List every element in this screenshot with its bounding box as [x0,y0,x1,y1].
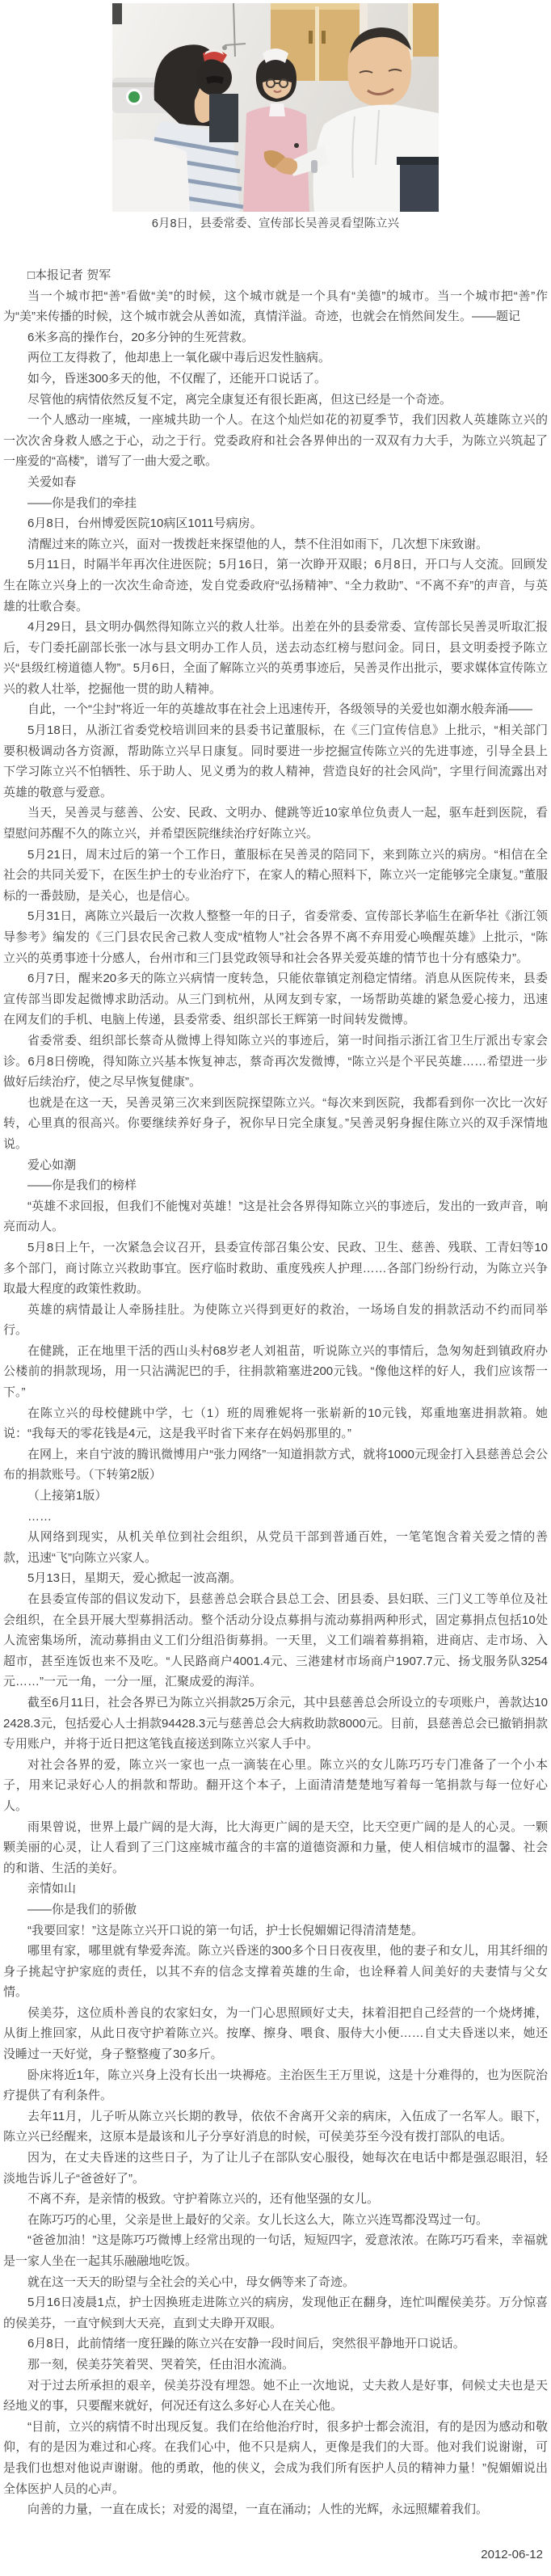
article-paragraph: 不离不弃，是亲情的极致。守护着陈立兴的，还有他坚强的女儿。 [3,2189,548,2210]
article-page: 6月8日，县委常委、宣传部长吴善灵看望陈立兴 □本报记者 贺军 当一个城市把“善… [0,0,551,2576]
article-paragraph: 6月8日，台州博爱医院10病区1011号病房。 [3,513,548,534]
article-paragraph: 6米多高的操作台，20多分钟的生死营救。 [3,327,548,348]
article-paragraph: 英雄的病情最让人牵肠挂肚。为使陈立兴得到更好的救治，一场场自发的捐款活动不约而同… [3,1300,548,1341]
article-paragraph: “目前，立兴的病情不时出现反复。我们在给他治疗时，很多护士都会流泪，有的是因为感… [3,2417,548,2499]
article-paragraph: 去年11月，儿子听从陈立兴长期的教导，依依不舍离开父亲的病床，入伍成了一名军人。… [3,2106,548,2148]
article-paragraph: 雨果曾说，世界上最广阔的是大海，比大海更广阔的是天空，比天空更广阔的是人的心灵。… [3,1817,548,1879]
article-paragraph: 5月16日凌晨1点，护士因换班走进陈立兴的病房，发现他正在翻身，连忙叫醒侯美芬。… [3,2292,548,2334]
article-date: 2012-06-12 [0,2520,551,2576]
article-paragraph: 截至6月11日，社会各界已为陈立兴捐款25万余元，其中县慈善总会所设立的专项账户… [3,1693,548,1755]
article-paragraph: ——你是我们的骄傲 [3,1899,548,1920]
article-paragraph: 5月21日，周末过后的第一个工作日，董服标在吴善灵的陪同下，来到陈立兴的病房。“… [3,845,548,907]
article-paragraph: “爸爸加油！”这是陈巧巧微博上经常出现的一句话，短短四字，爱意浓浓。在陈巧巧看来… [3,2230,548,2271]
article-paragraph: ——你是我们的牵挂 [3,493,548,514]
article-paragraph: 4月29日，县文明办偶然得知陈立兴的救人壮举。出差在外的县委常委、宣传部长吴善灵… [3,617,548,699]
article-paragraph: 5月18日，从浙江省委党校培训回来的县委书记董服标，在《三门宣传信息》上批示，“… [3,720,548,803]
article-paragraph: 当天，吴善灵与慈善、公安、民政、文明办、健跳等近10家单位负责人一起，驱车赶到医… [3,803,548,844]
article-paragraph: 省委常委、组织部长蔡奇从微博上得知陈立兴的事迹后，第一时间指示浙江省卫生厅派出专… [3,1031,548,1093]
article-paragraph: 卧床将近1年，陈立兴身上没有长出一块褥疮。主治医生王万里说，这是十分难得的，也为… [3,2065,548,2106]
article-paragraph: …… [3,1507,548,1528]
article-paragraph: 在网上，来自宁波的腾讯微博用户“张力网络”一知道捐款方式，就将1000元现金打入… [3,1444,548,1486]
article-paragraph: 就在这一天天的盼望与全社会的关心中，母女俩等来了奇迹。 [3,2272,548,2293]
article-paragraph: 在陈巧巧的心里，父亲是世上最好的父亲。女儿长这么大，陈立兴连骂都没骂过一句。 [3,2210,548,2231]
article-paragraph: 在陈立兴的母校健跳中学，七（1）班的周雅妮将一张崭新的10元钱，郑重地塞进捐款箱… [3,1403,548,1444]
article-paragraph: 如今，昏迷300多天的他，不仅醒了，还能开口说话了。 [3,369,548,390]
article-paragraph: 也就是在这一天，吴善灵第三次来到医院探望陈立兴。“每次来到医院，我都看到你一次比… [3,1093,548,1155]
article-paragraph: ——你是我们的榜样 [3,1175,548,1196]
article-paragraph: 清醒过来的陈立兴，面对一拨拨赶来探望他的人，禁不住泪如雨下，几次想下床致谢。 [3,534,548,555]
article-paragraph: 爱心如潮 [3,1155,548,1176]
article-paragraph: 一个人感动一座城，一座城共助一个人。在这个灿烂如花的初夏季节，我们因救人英雄陈立… [3,410,548,472]
article-paragraph: 5月11日，时隔半年再次住进医院；5月16日，第一次睁开双眼；6月8日，开口与人… [3,554,548,617]
article-paragraph: 在县委宣传部的倡议发动下，县慈善总会联合县总工会、团县委、县妇联、三门义工等单位… [3,1589,548,1693]
article-paragraph: 6月7日，醒来20多天的陈立兴病情一度转急，只能依靠镇定剂稳定情绪。消息从医院传… [3,968,548,1031]
article-paragraph: 对社会各界的爱，陈立兴一家也一点一滴装在心里。陈立兴的女儿陈巧巧专门准备了一个小… [3,1755,548,1817]
hospital-photo-illustration [112,3,439,212]
article-paragraph: 从网络到现实，从机关单位到社会组织，从党员干部到普通百姓，一笔笔饱含着关爱之情的… [3,1527,548,1568]
article-paragraph: 关爱如春 [3,472,548,493]
article-paragraph: “我要回家！”这是陈立兴开口说的第一句话，护士长倪媚媚记得清清楚楚。 [3,1920,548,1941]
article-paragraph: 哪里有家，哪里就有挚爱奔流。陈立兴昏迷的300多个日日夜夜里，他的妻子和女儿，用… [3,1941,548,2003]
article-paragraph: （上接第1版） [3,1486,548,1507]
article-paragraph: 在健跳，正在地里干活的西山头村68岁老人刘祖苗，听说陈立兴的事情后，急匆匆赶到镇… [3,1341,548,1403]
article-paragraph: 5月13日，星期天，爱心掀起一波高潮。 [3,1568,548,1589]
article-paragraph: 6月8日，此前情绪一度狂躁的陈立兴在安静一段时间后，突然很平静地开口说话。 [3,2334,548,2355]
article-paragraph: 5月31日，离陈立兴最后一次救人整整一年的日子，省委常委、宣传部长茅临生在新华社… [3,906,548,968]
article-paragraph: 侯美芬，这位质朴善良的农家妇女，为一门心思照顾好丈夫，抹着泪把自己经营的一个烧烤… [3,2003,548,2065]
article-paragraph: 尽管他的病情依然反复不定，离完全康复还有很长距离，但这已经是一个奇迹。 [3,390,548,411]
article-paragraph: 自此，一个“尘封”将近一年的英雄故事在社会上迅速传开，各级领导的关爱也如潮水般奔… [3,699,548,720]
corner-shadow [112,3,122,24]
news-photo: 6月8日，县委常委、宣传部长吴善灵看望陈立兴 [112,3,439,233]
article-paragraph: 向善的力量，一直在成长；对爱的渴望，一直在涌动；人性的光辉，永远照耀着我们。 [3,2499,548,2520]
article-paragraph: 亲情如山 [3,1878,548,1899]
article-paragraph: 那一刻，侯美芬笑着哭、哭着笑，任由泪水流淌。 [3,2355,548,2376]
photo-caption: 6月8日，县委常委、宣传部长吴善灵看望陈立兴 [112,215,439,233]
article-byline: □本报记者 贺军 [3,265,548,286]
article-body: □本报记者 贺军 当一个城市把“善”看做“美”的时候，这个城市就是一个具有“美德… [0,265,551,2520]
article-paragraph: 因为，在丈夫昏迷的这些日子，为了让儿子在部队安心服役，她每次在电话中都是强忍眼泪… [3,2148,548,2189]
article-paragraph: 对于过去所承担的艰辛，侯美芬没有埋怨。她不止一次地说，丈夫救人是好事，伺候丈夫也… [3,2376,548,2417]
article-paragraph: 两位工友得救了，他却患上一氧化碳中毒后迟发性脑病。 [3,348,548,369]
article-paragraph: “英雄不求回报，但我们不能愧对英雄！”这是社会各界得知陈立兴的事迹后，发出的一致… [3,1196,548,1237]
article-paragraph: 当一个城市把“善”看做“美”的时候，这个城市就是一个具有“美德”的城市。当一个城… [3,286,548,327]
article-paragraph: 5月8日上午，一次紧急会议召开，县委宣传部召集公安、民政、卫生、慈善、残联、工青… [3,1237,548,1300]
